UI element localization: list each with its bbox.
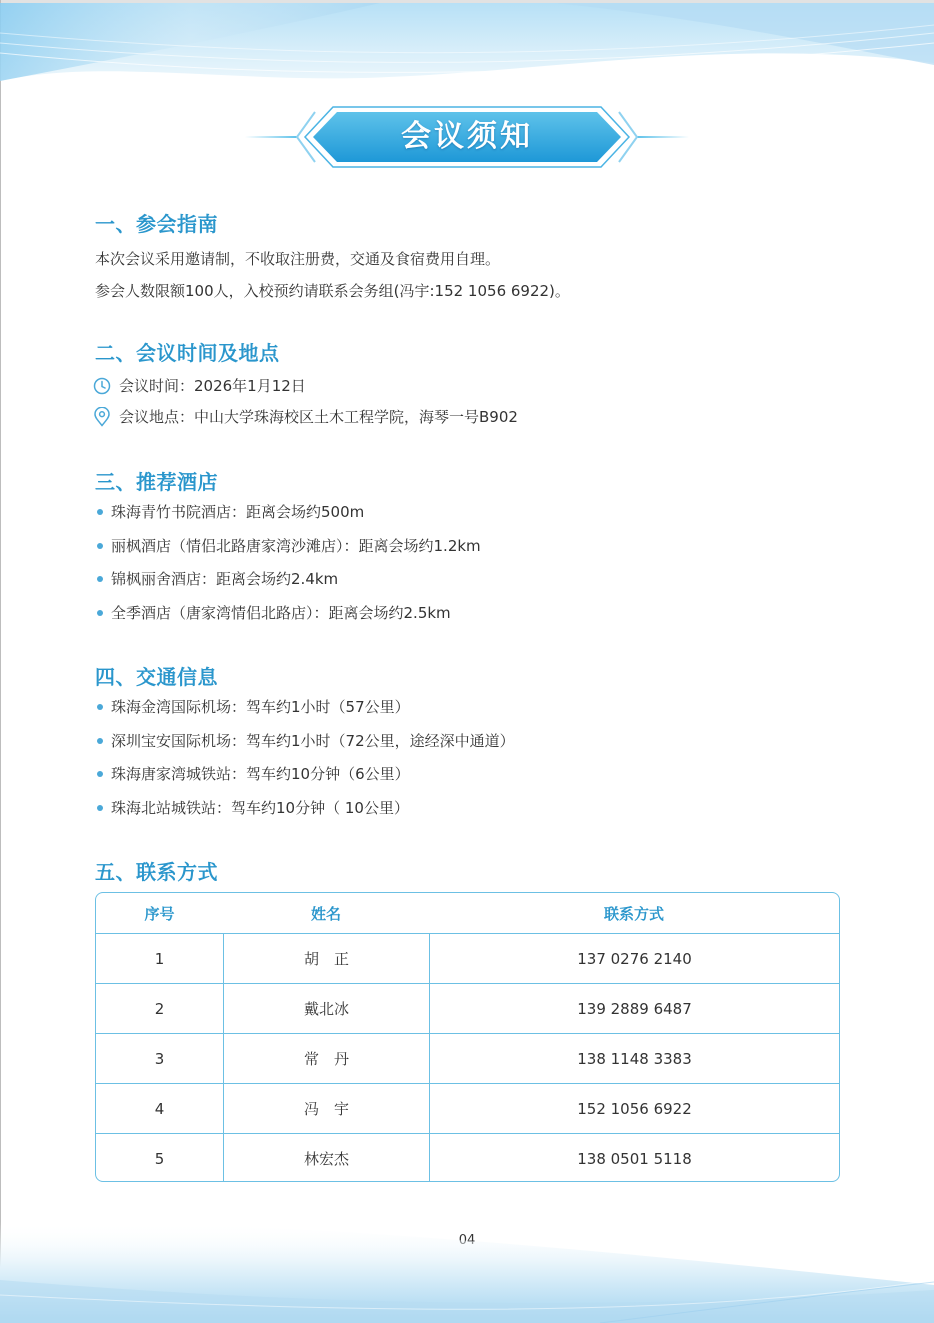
row-name: 冯 宇: [223, 1084, 429, 1133]
title-banner: 会议须知: [245, 104, 689, 170]
transport-item-text: 珠海唐家湾城铁站：驾车约10分钟（6公里）: [111, 763, 410, 784]
row-phone: 152 1056 6922: [429, 1084, 839, 1133]
bullet-icon: [97, 771, 103, 777]
transport-item: 深圳宝安国际机场：驾车约1小时（72公里，途经深中通道）: [95, 730, 515, 751]
section-heading-transport: 四、交通信息: [95, 661, 218, 690]
row-name: 胡 正: [223, 934, 429, 983]
table-row: 3 常 丹 138 1148 3383: [96, 1033, 839, 1083]
bullet-icon: [97, 576, 103, 582]
guide-line-2: 参会人数限额100人，入校预约请联系会务组(冯宇:152 1056 6922)。: [95, 280, 570, 301]
meeting-time-text: 会议时间：2026年1月12日: [119, 375, 306, 396]
hotel-item-text: 全季酒店（唐家湾情侣北路店）：距离会场约2.5km: [111, 602, 451, 623]
meeting-place-text: 会议地点：中山大学珠海校区土木工程学院，海琴一号B902: [119, 406, 518, 427]
row-name: 林宏杰: [223, 1134, 429, 1182]
transport-item: 珠海金湾国际机场：驾车约1小时（57公里）: [95, 696, 410, 717]
transport-item-text: 珠海金湾国际机场：驾车约1小时（57公里）: [111, 696, 410, 717]
table-header-row: 序号 姓名 联系方式: [96, 893, 839, 933]
row-phone: 138 1148 3383: [429, 1034, 839, 1083]
bullet-icon: [97, 704, 103, 710]
top-wave-decoration: [0, 3, 934, 93]
hotel-item-text: 锦枫丽舍酒店：距离会场约2.4km: [111, 568, 338, 589]
column-header-phone: 联系方式: [429, 893, 839, 933]
row-no: 5: [96, 1134, 223, 1182]
row-phone: 138 0501 5118: [429, 1134, 839, 1182]
transport-item-text: 珠海北站城铁站：驾车约10分钟（ 10公里）: [111, 797, 409, 818]
section-heading-guide: 一、参会指南: [95, 208, 218, 237]
section-heading-contact: 五、联系方式: [95, 856, 218, 885]
guide-line-1: 本次会议采用邀请制，不收取注册费，交通及食宿费用自理。: [95, 248, 500, 269]
hotel-item-text: 丽枫酒店（情侣北路唐家湾沙滩店）：距离会场约1.2km: [111, 535, 481, 556]
page-title: 会议须知: [245, 104, 689, 170]
section-heading-time-place: 二、会议时间及地点: [95, 337, 280, 366]
bullet-icon: [97, 543, 103, 549]
row-no: 3: [96, 1034, 223, 1083]
table-row: 5 林宏杰 138 0501 5118: [96, 1133, 839, 1182]
hotel-item: 珠海青竹书院酒店：距离会场约500m: [95, 501, 364, 522]
bullet-icon: [97, 610, 103, 616]
clock-icon: [93, 377, 111, 395]
table-row: 2 戴北冰 139 2889 6487: [96, 983, 839, 1033]
bullet-icon: [97, 509, 103, 515]
row-no: 1: [96, 934, 223, 983]
contact-table: 序号 姓名 联系方式 1 胡 正 137 0276 2140 2 戴北冰 139…: [95, 892, 840, 1182]
bullet-icon: [97, 805, 103, 811]
hotel-item: 丽枫酒店（情侣北路唐家湾沙滩店）：距离会场约1.2km: [95, 535, 481, 556]
row-name: 戴北冰: [223, 984, 429, 1033]
section-heading-hotels: 三、推荐酒店: [95, 466, 218, 495]
bottom-wave-decoration: [0, 1210, 934, 1323]
transport-item: 珠海唐家湾城铁站：驾车约10分钟（6公里）: [95, 763, 410, 784]
column-header-name: 姓名: [223, 893, 429, 933]
row-phone: 137 0276 2140: [429, 934, 839, 983]
row-no: 4: [96, 1084, 223, 1133]
location-pin-icon: [93, 407, 111, 427]
hotel-item-text: 珠海青竹书院酒店：距离会场约500m: [111, 501, 364, 522]
bullet-icon: [97, 738, 103, 744]
transport-item-text: 深圳宝安国际机场：驾车约1小时（72公里，途经深中通道）: [111, 730, 515, 751]
table-row: 4 冯 宇 152 1056 6922: [96, 1083, 839, 1133]
row-no: 2: [96, 984, 223, 1033]
transport-item: 珠海北站城铁站：驾车约10分钟（ 10公里）: [95, 797, 409, 818]
hotel-item: 全季酒店（唐家湾情侣北路店）：距离会场约2.5km: [95, 602, 451, 623]
meeting-place: 会议地点：中山大学珠海校区土木工程学院，海琴一号B902: [93, 406, 518, 427]
meeting-time: 会议时间：2026年1月12日: [93, 375, 306, 396]
table-row: 1 胡 正 137 0276 2140: [96, 933, 839, 983]
row-name: 常 丹: [223, 1034, 429, 1083]
column-header-no: 序号: [96, 893, 223, 933]
hotel-item: 锦枫丽舍酒店：距离会场约2.4km: [95, 568, 338, 589]
row-phone: 139 2889 6487: [429, 984, 839, 1033]
page-left-edge: [0, 0, 1, 1323]
